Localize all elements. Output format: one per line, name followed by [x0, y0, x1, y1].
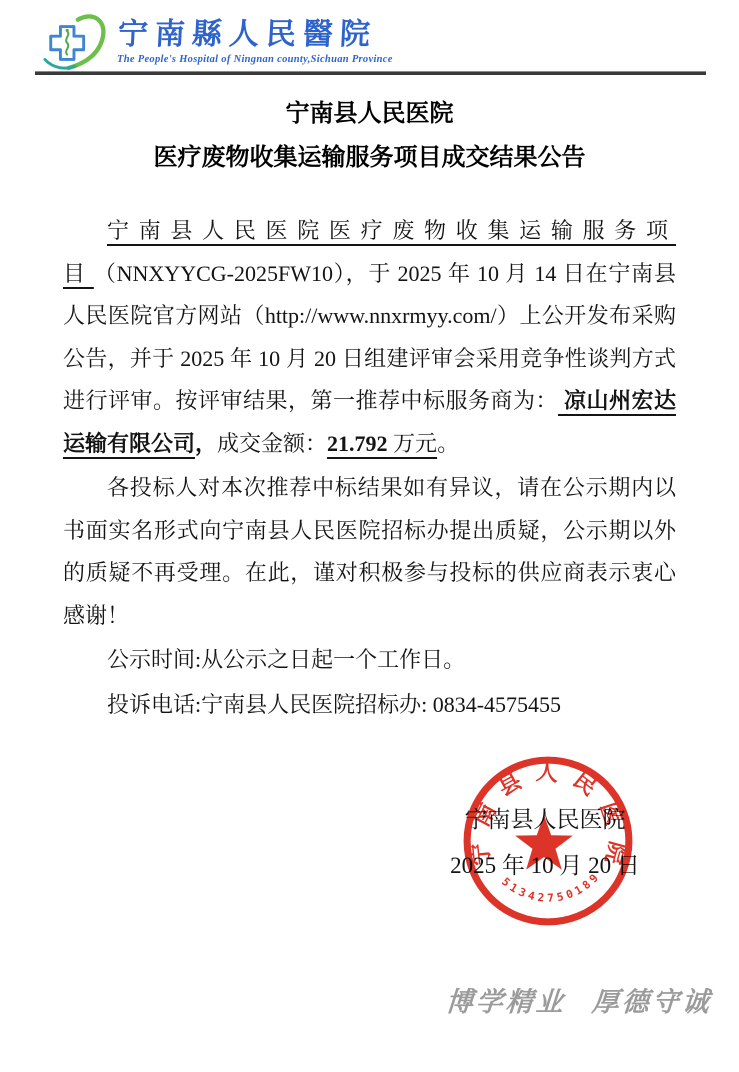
- paragraph-award-result: 宁南县人民医院医疗废物收集运输服务项目（NNXYYCG-2025FW10），于 …: [63, 210, 676, 465]
- document-body: 宁南县人民医院医疗废物收集运输服务项目（NNXYYCG-2025FW10），于 …: [63, 210, 676, 726]
- signature-org: 宁南县人民医院: [446, 797, 644, 843]
- signature-block: 宁南县人民医院 2025 年 10 月 20 日: [446, 797, 644, 889]
- document-title: 宁南县人民医院 医疗废物收集运输服务项目成交结果公告: [0, 92, 739, 180]
- paragraph-complaint-phone: 投诉电话:宁南县人民医院招标办: 0834-4575455: [63, 684, 676, 727]
- title-line2: 医疗废物收集运输服务项目成交结果公告: [0, 136, 739, 180]
- header-divider: [35, 71, 706, 75]
- page-header: 宁南縣人民醫院 The People's Hospital of Ningnan…: [38, 12, 393, 72]
- hospital-name-en: The People's Hospital of Ningnan county,…: [117, 54, 393, 65]
- hospital-name-zh: 宁南縣人民醫院: [117, 20, 394, 50]
- hospital-name-block: 宁南縣人民醫院 The People's Hospital of Ningnan…: [117, 12, 393, 65]
- signature-date: 2025 年 10 月 20 日: [446, 843, 644, 889]
- paragraph-publicity-period: 公示时间:从公示之日起一个工作日。: [63, 639, 676, 682]
- hospital-motto: 博学精业厚德守诚: [445, 980, 714, 1019]
- hospital-logo-icon: [38, 12, 108, 72]
- announcement-page: 宁南縣人民醫院 The People's Hospital of Ningnan…: [0, 0, 739, 1072]
- title-line1: 宁南县人民医院: [0, 92, 739, 136]
- paragraph-objection: 各投标人对本次推荐中标结果如有异议，请在公示期内以书面实名形式向宁南县人民医院招…: [63, 467, 676, 637]
- motto-right: 厚德守诚: [591, 987, 713, 1017]
- motto-left: 博学精业: [445, 987, 567, 1017]
